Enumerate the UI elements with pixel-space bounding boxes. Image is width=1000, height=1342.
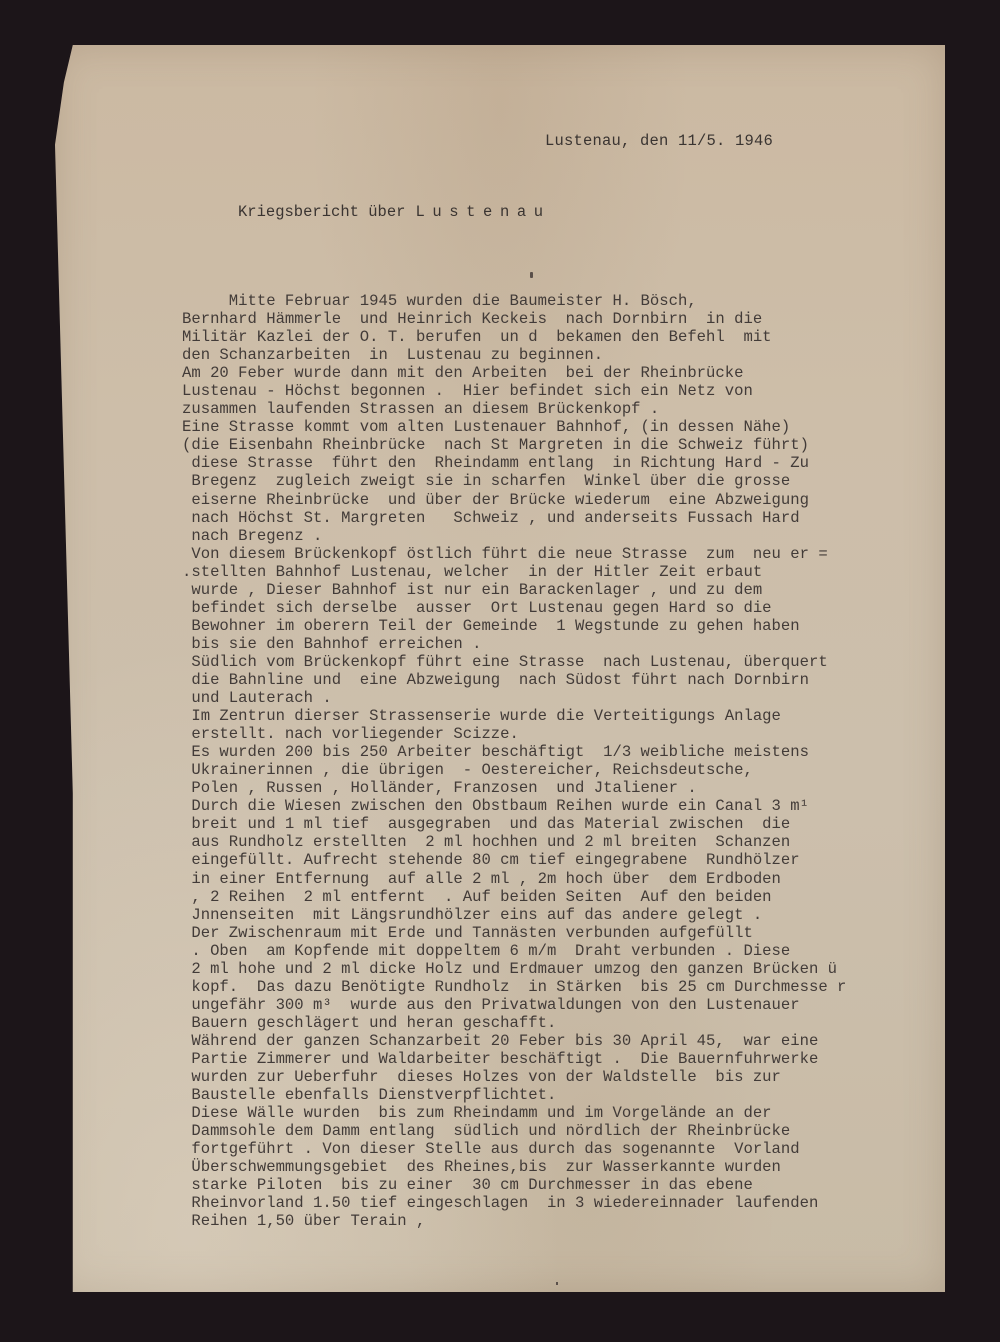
text-line: und Lauterach .: [182, 689, 942, 707]
text-line: Partie Zimmerer und Waldarbeiter beschäf…: [182, 1050, 942, 1068]
text-line: Ukrainerinnen , die übrigen - Oestereich…: [182, 761, 942, 779]
text-line: . Oben am Kopfende mit doppeltem 6 m/m D…: [182, 942, 942, 960]
text-line: Rheinvorland 1.50 tief eingeschlagen in …: [182, 1194, 942, 1212]
text-line: ungefähr 300 m³ wurde aus den Privatwald…: [182, 996, 942, 1014]
text-line: starke Piloten bis zu einer 30 cm Durchm…: [182, 1176, 942, 1194]
text-line: den Schanzarbeiten in Lustenau zu beginn…: [182, 346, 942, 364]
ink-dot: [556, 1282, 558, 1285]
text-line: Eine Strasse kommt vom alten Lustenauer …: [182, 418, 942, 436]
text-line: Es wurden 200 bis 250 Arbeiter beschäfti…: [182, 743, 942, 761]
text-line: breit und 1 ml tief ausgegraben und das …: [182, 815, 942, 833]
text-line: Am 20 Feber wurde dann mit den Arbeiten …: [182, 364, 942, 382]
report-body: Mitte Februar 1945 wurden die Baumeister…: [182, 292, 942, 1230]
text-line: nach Höchst St. Margreten Schweiz , und …: [182, 509, 942, 527]
text-line: Durch die Wiesen zwischen den Obstbaum R…: [182, 797, 942, 815]
text-line: zusammen laufenden Strassen an diesem Br…: [182, 400, 942, 418]
text-line: Im Zentrun dierser Strassenserie wurde d…: [182, 707, 942, 725]
dateline: Lustenau, den 11/5. 1946: [545, 132, 773, 150]
ink-mark: [530, 272, 533, 278]
text-line: wurden zur Ueberfuhr dieses Holzes von d…: [182, 1068, 942, 1086]
text-line: .stellten Bahnhof Lustenau, welcher in d…: [182, 563, 942, 581]
text-line: die Bahnline und eine Abzweigung nach Sü…: [182, 671, 942, 689]
text-line: in einer Entfernung auf alle 2 ml , 2m h…: [182, 870, 942, 888]
text-line: Während der ganzen Schanzarbeit 20 Feber…: [182, 1032, 942, 1050]
text-line: Überschwemmungsgebiet des Rheines,bis zu…: [182, 1158, 942, 1176]
text-line: 2 ml hohe und 2 ml dicke Holz und Erdmau…: [182, 960, 942, 978]
text-line: aus Rundholz erstellten 2 ml hochhen und…: [182, 833, 942, 851]
text-line: Von diesem Brückenkopf östlich führt die…: [182, 545, 942, 563]
title-prefix: Kriegsbericht über: [238, 203, 405, 221]
text-line: fortgeführt . Von dieser Stelle aus durc…: [182, 1140, 942, 1158]
text-line: Bewohner im oberern Teil der Gemeinde 1 …: [182, 617, 942, 635]
text-line: Baustelle ebenfalls Dienstverpflichtet.: [182, 1086, 942, 1104]
text-line: Bauern geschlägert und heran geschafft.: [182, 1014, 942, 1032]
text-line: Bernhard Hämmerle und Heinrich Keckeis n…: [182, 310, 942, 328]
text-line: eiserne Rheinbrücke und über der Brücke …: [182, 491, 942, 509]
text-line: Reihen 1,50 über Terain ,: [182, 1212, 942, 1230]
text-line: diese Strasse führt den Rheindamm entlan…: [182, 454, 942, 472]
text-line: eingefüllt. Aufrecht stehende 80 cm tief…: [182, 851, 942, 869]
text-line: Jnnenseiten mit Längsrundhölzer eins auf…: [182, 906, 942, 924]
text-line: Bregenz zugleich zweigt sie in scharfen …: [182, 472, 942, 490]
title-place: Lustenau: [415, 203, 550, 221]
text-line: Polen , Russen , Holländer, Franzosen un…: [182, 779, 942, 797]
text-line: (die Eisenbahn Rheinbrücke nach St Margr…: [182, 436, 942, 454]
text-line: Südlich vom Brückenkopf führt eine Stras…: [182, 653, 942, 671]
document-title: Kriegsbericht überLustenau: [238, 203, 551, 221]
text-line: Mitte Februar 1945 wurden die Baumeister…: [182, 292, 942, 310]
text-line: Diese Wälle wurden bis zum Rheindamm und…: [182, 1104, 942, 1122]
text-line: Der Zwischenraum mit Erde und Tannästen …: [182, 924, 942, 942]
text-line: Militär Kazlei der O. T. berufen un d be…: [182, 328, 942, 346]
text-line: Lustenau - Höchst begonnen . Hier befind…: [182, 382, 942, 400]
text-line: , 2 Reihen 2 ml entfernt . Auf beiden Se…: [182, 888, 942, 906]
text-line: kopf. Das dazu Benötigte Rundholz in Stä…: [182, 978, 942, 996]
text-line: nach Bregenz .: [182, 527, 942, 545]
text-line: befindet sich derselbe ausser Ort Lusten…: [182, 599, 942, 617]
text-line: wurde , Dieser Bahnhof ist nur ein Barac…: [182, 581, 942, 599]
text-line: Dammsohle dem Damm entlang südlich und n…: [182, 1122, 942, 1140]
text-line: bis sie den Bahnhof erreichen .: [182, 635, 942, 653]
text-line: erstellt. nach vorliegender Scizze.: [182, 725, 942, 743]
